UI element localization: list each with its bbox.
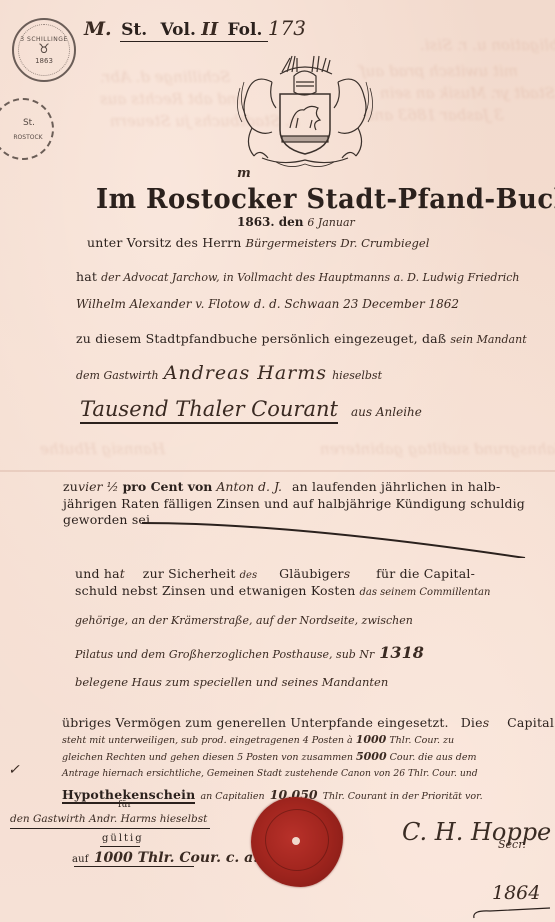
bleed-through-text: Obligation u. r. Sisi.: [420, 36, 555, 54]
interest-text-2: jährigen Raten fälligen Zinsen und auf h…: [63, 496, 525, 511]
gueltig-label: gültig: [102, 833, 144, 844]
auf-rule: [74, 866, 194, 867]
seal-hole: [292, 837, 300, 845]
loan-amount: Tausend Thaler Courant: [80, 397, 338, 424]
interest-text-3: geworden sei: [63, 512, 150, 527]
property-line-3: belegene Haus zum speciellen und seines …: [75, 675, 388, 689]
bleed-through-text: Schillinge d. Abr.: [100, 68, 230, 86]
capital-label-b: Capital: [507, 715, 554, 730]
filing-year-flourish: [470, 906, 555, 922]
bleed-through-text: Hannsig Hbuthe: [40, 440, 165, 458]
attorney-line: hat der Advocat Jarchow, in Vollmacht de…: [76, 269, 519, 284]
fol-value: 173: [268, 16, 306, 40]
st-label: St.: [121, 20, 147, 40]
fol-label: Fol.: [228, 20, 263, 40]
creditor-prefix: dem Gastwirth: [76, 369, 159, 382]
coat-of-arms: [232, 52, 377, 170]
postal-stamp: St. ROSTOCK: [0, 98, 54, 160]
auf-line: auf 1000 Thlr. Cour. c. a.: [72, 847, 258, 866]
engraver-mark: m: [237, 166, 251, 181]
fuer-label: für: [118, 800, 132, 810]
creditor-line: dem Gastwirth Andreas Harms hieselbst: [76, 362, 382, 384]
capital-text-3: Antrage hiernach ersichtliche, Gemeinen …: [62, 768, 478, 779]
postal-stamp-inner: St.: [23, 118, 35, 128]
appeared-text: zu diesem Stadtpfandbuche persönlich ein…: [76, 331, 446, 346]
date-day: 6 Januar: [307, 216, 354, 229]
capital-text-4-end: Thlr. Courant in der Priorität vor.: [323, 791, 483, 802]
paper-fold: [0, 470, 555, 472]
property-line-2: Pilatus und dem Großherzoglichen Posthau…: [75, 643, 424, 662]
capital-line-2: gleichen Rechten und gehen diesen 5 Post…: [62, 750, 476, 763]
wax-seal: [251, 797, 343, 887]
auf-label: auf: [72, 854, 89, 865]
closing-stroke: [140, 518, 540, 558]
bleed-through-text: Stadt yr. Musik an sein: [380, 84, 555, 102]
header-rule: [120, 41, 268, 42]
security-hand-a: t: [120, 566, 125, 581]
presidency-line: unter Vorsitz des Herrn Bürgermeisters D…: [87, 235, 429, 250]
security-text-2: schuld nebst Zinsen und etwanigen Kosten: [75, 583, 355, 598]
security-text-d: für die Capital-: [376, 566, 475, 581]
capital-text-2: gleichen Rechten und gehen diesen 5 Post…: [62, 752, 353, 763]
amount-line: Tausend Thaler Courant aus Anleihe: [80, 397, 422, 421]
capital-amount-1: 1000: [356, 733, 387, 746]
bleed-through-text: 3 Jasbar 1863 anb.: [360, 106, 503, 124]
date-year: 1863. den: [237, 215, 304, 229]
security-text-a: und ha: [75, 566, 120, 581]
appeared-line: zu diesem Stadtpfandbuche persönlich ein…: [76, 331, 527, 346]
security-hand-2: das seinem Commillentan: [359, 587, 490, 598]
interest-line-1: zuvier ½ pro Cent von Anton d. J. an lau…: [63, 479, 500, 494]
interest-label: pro Cent von: [123, 479, 213, 494]
general-pledge: übriges Vermögen zum generellen Unterpfa…: [62, 715, 449, 730]
creditor-name: Andreas Harms: [164, 362, 327, 384]
capital-text-4: an Capitalien: [201, 791, 265, 802]
interest-rate: vier ½: [78, 479, 119, 494]
security-line-1: und hat zur Sicherheit des Gläubigers fü…: [75, 566, 475, 581]
pledge-line: übriges Vermögen zum generellen Unterpfa…: [62, 715, 554, 730]
register-reference: M. St. Vol. II Fol. 173: [84, 16, 306, 40]
vol-label: Vol.: [161, 20, 196, 40]
bleed-through-text: und abt Rechts aus: [100, 90, 246, 108]
rostock-arms-icon: [232, 52, 377, 170]
property-number: 1318: [379, 643, 424, 662]
interest-from: Anton d. J.: [216, 479, 282, 494]
capital-label-hand: s: [483, 715, 489, 730]
amount-suffix: aus Anleihe: [351, 405, 422, 419]
capital-text-1: steht mit unterweiligen, sub prod. einge…: [62, 735, 353, 746]
attorney-value: der Advocat Jarchow, in Vollmacht des Ha…: [101, 271, 519, 284]
register-prefix: M.: [84, 18, 112, 40]
bleed-through-text: mit uwitsch prad auf: [360, 62, 518, 80]
capital-amount-2: 5000: [356, 750, 387, 763]
signature-title: Secr.: [498, 838, 526, 851]
postal-stamp-text: ROSTOCK: [13, 134, 42, 141]
capital-label-a: Die: [461, 715, 483, 730]
appeared-value: sein Mandant: [450, 333, 526, 346]
interest-text-1: an laufenden jährlichen in halb-: [292, 479, 500, 494]
fuer-rule: [10, 828, 210, 829]
auf-value: 1000 Thlr. Cour. c. a.: [94, 850, 258, 866]
document-title: Im Rostocker Stadt-Pfand-Buche,: [96, 184, 555, 215]
capital-text-2-end: Cour. die aus dem: [390, 752, 477, 763]
attorney-value-2: Wilhelm Alexander v. Flotow d. d. Schwaa…: [76, 297, 459, 311]
vol-value: II: [201, 19, 218, 40]
security-hand-c: s: [344, 566, 350, 581]
document-paper: Obligation u. r. Sisi. mit uwitsch prad …: [0, 0, 555, 922]
security-text-b: zur Sicherheit: [143, 566, 236, 581]
capital-text-1-end: Thlr. Cour. zu: [389, 735, 454, 746]
margin-check-mark: ✓: [8, 762, 20, 778]
presidency-label: unter Vorsitz des Herrn: [87, 235, 242, 250]
tax-stamp: 3 SCHILLINGE ♉ 1863: [12, 18, 76, 82]
hat-label: hat: [76, 269, 97, 284]
security-hand-b: des: [240, 570, 257, 581]
interest-prefix: zu: [63, 479, 78, 494]
property-line-1: gehörige, an der Krämerstraße, auf der N…: [75, 614, 413, 627]
bleed-through-text: in Jahnsgrund sudiltag gabinteren: [320, 440, 555, 458]
presidency-value: Bürgermeisters Dr. Crumbiegel: [246, 236, 430, 250]
security-line-2: schuld nebst Zinsen und etwanigen Kosten…: [75, 583, 490, 598]
date-line: 1863. den 6 Januar: [237, 215, 355, 229]
security-text-c: Gläubiger: [279, 566, 344, 581]
filing-year: 1864: [492, 882, 540, 904]
property-text-2: Pilatus und dem Großherzoglichen Posthau…: [75, 648, 374, 661]
fuer-value: den Gastwirth Andr. Harms hieselbst: [10, 813, 210, 825]
capital-line-1: steht mit unterweiligen, sub prod. einge…: [62, 733, 454, 746]
signature: C. H. Hoppe: [402, 818, 551, 846]
creditor-suffix: hieselbst: [332, 369, 382, 382]
